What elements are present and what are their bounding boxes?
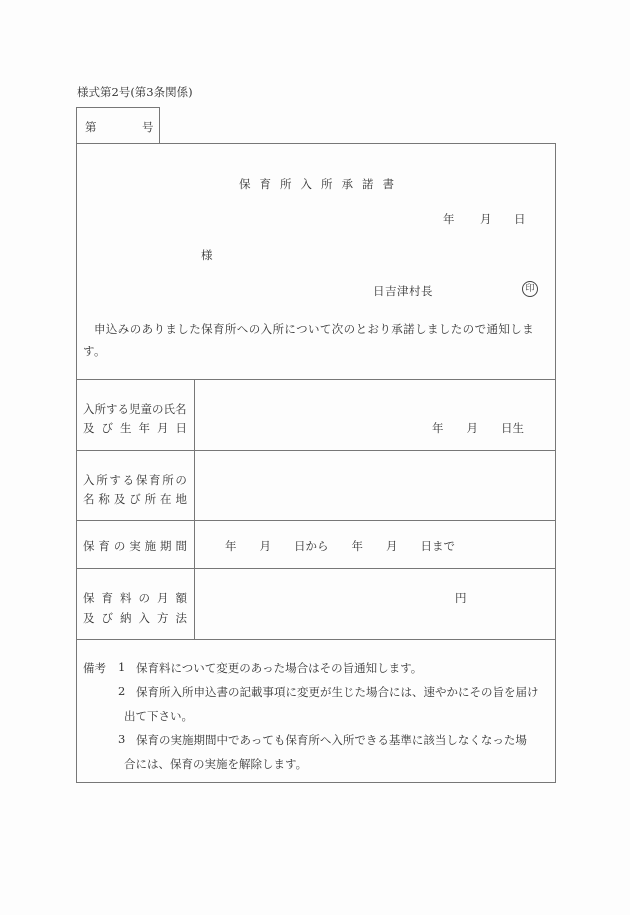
note1-text: 保育料について変更のあった場合はその旨通知します。 [136,660,422,676]
row4-label-line2: 及び納入方法 [83,610,187,626]
date-year: 年 [443,211,455,227]
document-title: 保育所入所承諾書 [239,176,403,192]
issuer-name: 日吉津村長 [373,283,433,299]
table-top-border [76,379,556,380]
note2-text-line1: 保育所入所申込書の記載事項に変更が生じた場合には、速やかにその旨を届け [136,684,539,700]
table-bottom-border [76,639,556,640]
outer-right-border [555,143,556,783]
row3-label: 保育の実施期間 [83,538,187,554]
row1-value: 年 月 日生 [432,420,524,436]
row2-label-line2: 名称及び所在地 [83,491,187,507]
row-divider [76,568,556,569]
note3-number: 3 [118,732,125,746]
notes-heading: 備考 [83,660,106,676]
row3-value: 年 月 日から 年 月 日まで [225,538,455,554]
row1-label-line2: 及び生年月日 [83,420,187,436]
note2-text-line2: 出て下さい。 [124,708,193,724]
form-number-label: 様式第2号(第3条関係) [77,84,193,100]
number-box-top-border [76,107,160,108]
main-box-top-border [76,143,556,144]
row4-value: 円 [455,590,467,606]
note1-number: 1 [118,660,125,674]
note3-text-line2: 合には、保育の実施を解除します。 [124,756,307,772]
number-box-left-text: 第 [85,119,97,135]
date-day: 日 [514,211,526,227]
row-divider [76,450,556,451]
column-divider [194,379,195,640]
note2-number: 2 [118,684,125,698]
date-month: 月 [480,211,492,227]
seal-mark-icon: 印 [522,281,538,297]
row4-label-line1: 保育料の月額 [83,590,187,606]
body-text: 申込みのありました保育所への入所について次のとおり承諾しましたので通知します。 [83,318,549,362]
addressee-suffix: 様 [201,247,213,263]
note3-text-line1: 保育の実施期間中であっても保育所へ入所できる基準に該当しなくなった場 [136,732,527,748]
outer-left-border [76,107,77,783]
row1-label-line1: 入所する児童の氏名 [83,401,189,417]
row-divider [76,520,556,521]
row2-label-line1: 入所する保育所の [83,472,187,488]
number-box-right-border [159,107,160,144]
outer-bottom-border [76,782,556,783]
number-box-right-text: 号 [142,119,154,135]
